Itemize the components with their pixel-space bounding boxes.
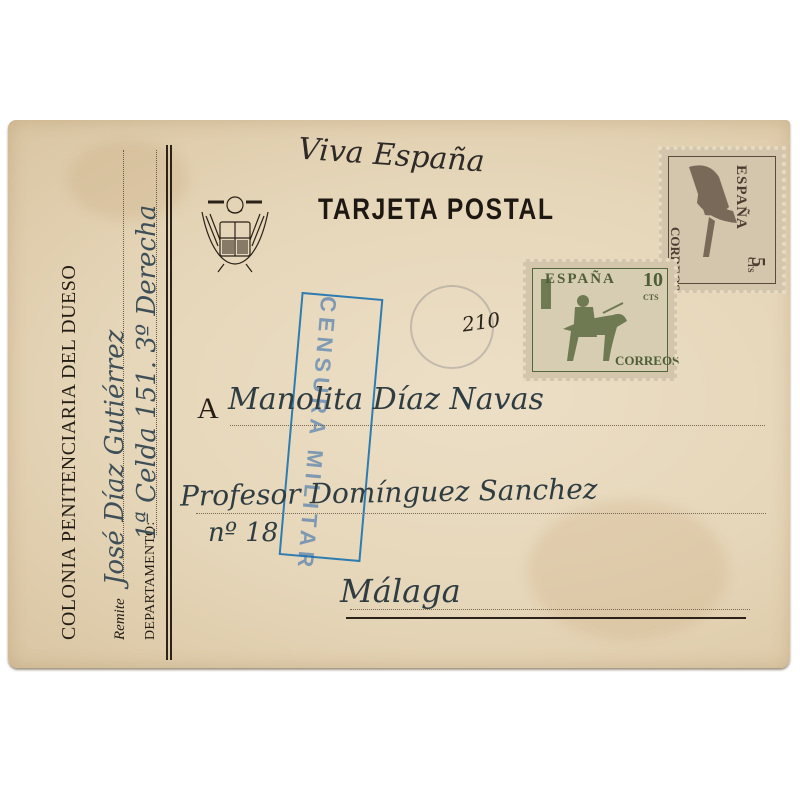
stain — [528, 500, 728, 640]
stamp-value: 10 — [643, 269, 663, 292]
card-title: TARJETA POSTAL — [318, 193, 555, 227]
divider-line — [170, 145, 172, 660]
address-underline — [346, 617, 746, 619]
censor-stamp-text: CENSURA MILITAR — [291, 295, 341, 573]
city-handwritten: Málaga — [340, 572, 461, 610]
recipient-name-handwritten: Manolita Díaz Navas — [228, 382, 544, 417]
department-handwritten: 1ª Celda 151. 3º Derecha — [132, 205, 162, 540]
stamp-country: ESPAÑA — [545, 271, 616, 288]
stamp-unit: CTS — [643, 293, 659, 302]
street-number-handwritten: nº 18 — [208, 518, 278, 548]
institution-heading: COLONIA PENITENCIARIA DEL DUESO — [58, 265, 81, 640]
sender-label: Remite — [112, 598, 129, 640]
postage-stamp-5: ESPAÑA 5 CTS CORREOS — [662, 150, 782, 290]
sender-name-handwritten: José Díaz Gutiérrez — [100, 330, 130, 585]
address-dotted-line-2 — [196, 513, 766, 514]
address-prefix: A — [197, 392, 219, 426]
coat-of-arms-eagle-icon — [198, 192, 272, 274]
stamp-country: ESPAÑA — [732, 165, 749, 230]
stamp-unit: CTS — [746, 257, 755, 273]
address-dotted-line-1 — [230, 425, 765, 426]
stamp-label: CORREOS — [615, 353, 679, 369]
postage-stamp-10: ESPAÑA 10 CTS CORREOS — [526, 262, 674, 378]
divider-line — [166, 145, 168, 660]
